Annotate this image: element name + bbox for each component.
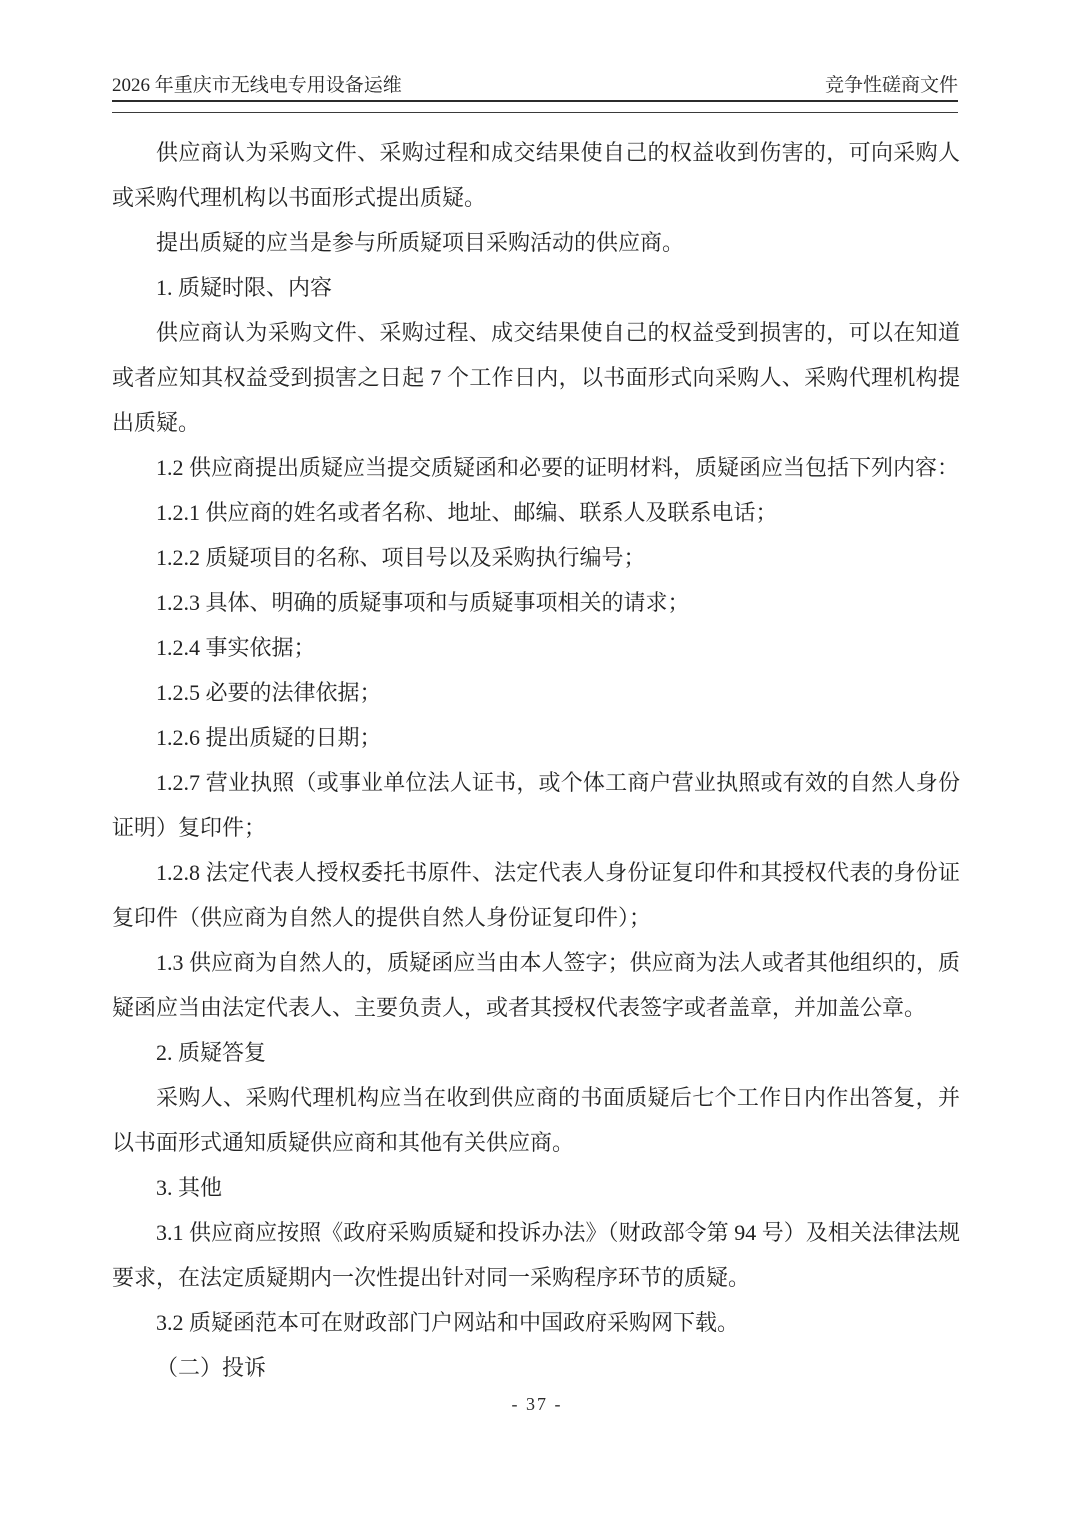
- paragraph-14: 1.3 供应商为自然人的，质疑函应当由本人签字；供应商为法人或者其他组织的，质疑…: [112, 940, 960, 1030]
- paragraph-6: 1.2.1 供应商的姓名或者名称、地址、邮编、联系人及联系电话；: [112, 490, 960, 535]
- header-right-title: 竞争性磋商文件: [825, 74, 958, 98]
- header-divider-rule: [112, 100, 958, 113]
- document-page: 2026 年重庆市无线电专用设备运维 竞争性磋商文件 供应商认为采购文件、采购过…: [0, 0, 1074, 1520]
- paragraph-9: 1.2.4 事实依据；: [112, 625, 960, 670]
- document-body: 供应商认为采购文件、采购过程和成交结果使自己的权益收到伤害的，可向采购人或采购代…: [112, 130, 960, 1390]
- paragraph-20: （二）投诉: [112, 1345, 960, 1390]
- paragraph-13: 1.2.8 法定代表人授权委托书原件、法定代表人身份证复印件和其授权代表的身份证…: [112, 850, 960, 940]
- paragraph-19: 3.2 质疑函范本可在财政部门户网站和中国政府采购网下载。: [112, 1300, 960, 1345]
- paragraph-5: 1.2 供应商提出质疑应当提交质疑函和必要的证明材料，质疑函应当包括下列内容：: [112, 445, 960, 490]
- paragraph-16: 采购人、采购代理机构应当在收到供应商的书面质疑后七个工作日内作出答复，并以书面形…: [112, 1075, 960, 1165]
- paragraph-10: 1.2.5 必要的法律依据；: [112, 670, 960, 715]
- paragraph-1: 供应商认为采购文件、采购过程和成交结果使自己的权益收到伤害的，可向采购人或采购代…: [112, 130, 960, 220]
- paragraph-2: 提出质疑的应当是参与所质疑项目采购活动的供应商。: [112, 220, 960, 265]
- page-number: - 37 -: [512, 1394, 563, 1414]
- paragraph-18: 3.1 供应商应按照《政府采购质疑和投诉办法》（财政部令第 94 号）及相关法律…: [112, 1210, 960, 1300]
- paragraph-3: 1. 质疑时限、内容: [112, 265, 960, 310]
- paragraph-11: 1.2.6 提出质疑的日期；: [112, 715, 960, 760]
- paragraph-8: 1.2.3 具体、明确的质疑事项和与质疑事项相关的请求；: [112, 580, 960, 625]
- page-header: 2026 年重庆市无线电专用设备运维 竞争性磋商文件: [112, 74, 958, 98]
- page-footer: - 37 -: [0, 1394, 1074, 1415]
- paragraph-17: 3. 其他: [112, 1165, 960, 1210]
- paragraph-12: 1.2.7 营业执照（或事业单位法人证书，或个体工商户营业执照或有效的自然人身份…: [112, 760, 960, 850]
- paragraph-15: 2. 质疑答复: [112, 1030, 960, 1075]
- paragraph-4: 供应商认为采购文件、采购过程、成交结果使自己的权益受到损害的，可以在知道或者应知…: [112, 310, 960, 445]
- header-left-title: 2026 年重庆市无线电专用设备运维: [112, 74, 402, 98]
- paragraph-7: 1.2.2 质疑项目的名称、项目号以及采购执行编号；: [112, 535, 960, 580]
